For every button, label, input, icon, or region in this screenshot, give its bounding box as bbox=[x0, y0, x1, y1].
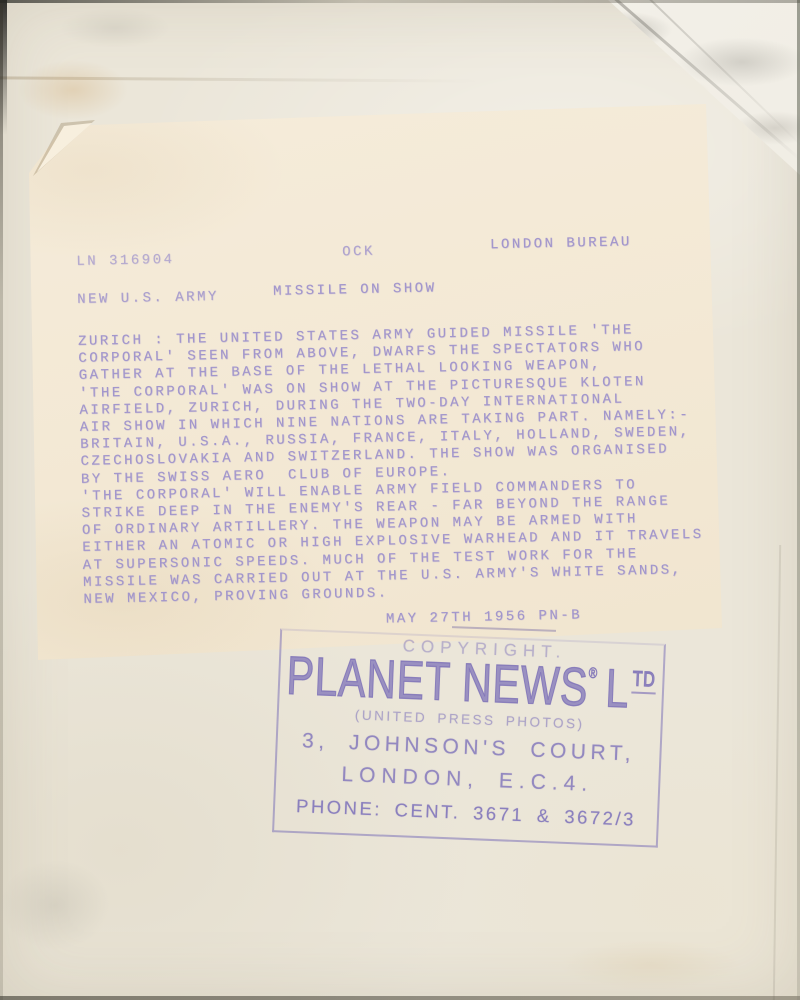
smudge-mark bbox=[60, 8, 170, 48]
photo-edge-bottom bbox=[0, 996, 800, 1000]
caption-body: ZURICH : THE UNITED STATES ARMY GUIDED M… bbox=[78, 321, 705, 609]
paper-stain bbox=[18, 60, 128, 120]
photo-edge-left bbox=[0, 0, 3, 1000]
vertical-crease bbox=[773, 545, 781, 1000]
headline-right: MISSILE ON SHOW bbox=[273, 280, 437, 301]
smudge-mark bbox=[560, 940, 740, 990]
photo-edge-top bbox=[0, 0, 800, 3]
bureau-label: LONDON BUREAU bbox=[490, 234, 632, 254]
address-line-2: LONDON, E.C.4. bbox=[341, 763, 594, 797]
ltd-superscript: TD bbox=[631, 668, 656, 695]
phone-line: PHONE: CENT. 3671 & 3672/3 bbox=[296, 795, 637, 831]
photo-back: LN 316904 OCK LONDON BUREAU NEW U.S. ARM… bbox=[0, 0, 800, 1000]
date-stamp: MAY 27TH 1956 PN-B bbox=[386, 607, 583, 628]
reference-number: LN 316904 bbox=[76, 252, 174, 271]
typed-caption: LN 316904 OCK LONDON BUREAU NEW U.S. ARM… bbox=[72, 232, 741, 666]
ltd-letter: L bbox=[604, 658, 630, 719]
agency-name-line: PLANET NEWS®LTD bbox=[285, 648, 657, 719]
address-line-1: 3, JOHNSON'S COURT, bbox=[302, 729, 636, 766]
headline-left: NEW U.S. ARMY bbox=[77, 289, 219, 309]
agency-name: PLANET NEWS bbox=[285, 646, 589, 718]
agency-stamp: COPYRIGHT. PLANET NEWS®LTD (UNITED PRESS… bbox=[272, 628, 666, 847]
desk-code: OCK bbox=[342, 244, 375, 262]
registered-mark: ® bbox=[588, 665, 597, 682]
smudge-mark bbox=[0, 860, 110, 950]
